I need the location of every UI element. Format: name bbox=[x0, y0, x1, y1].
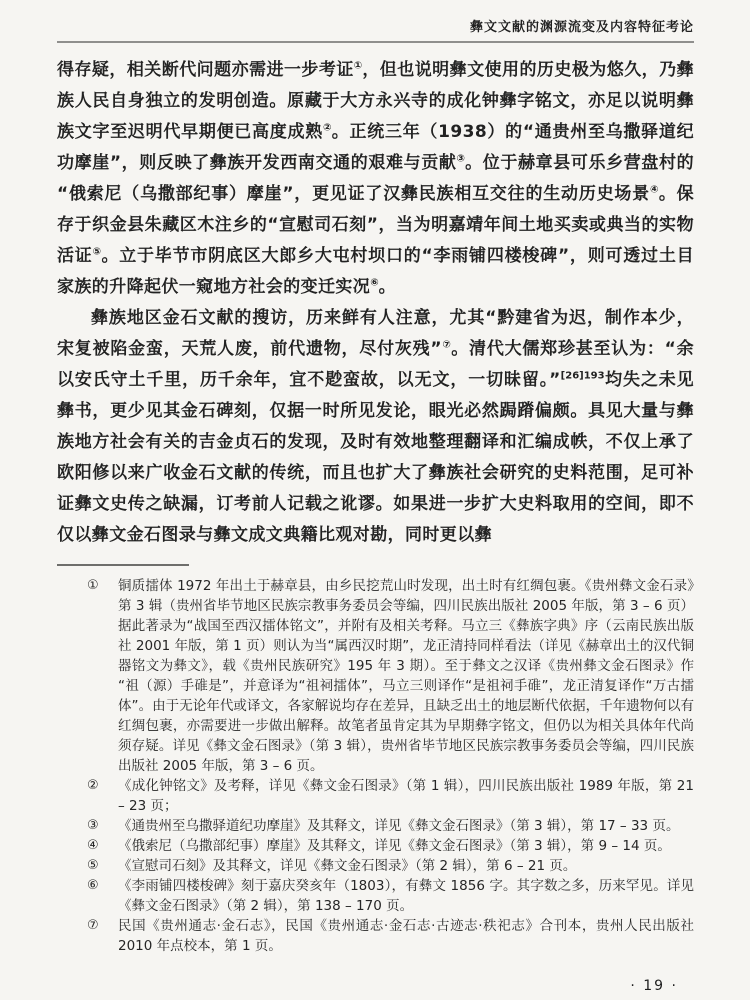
footnote-reference: ⑦ bbox=[442, 339, 451, 350]
footnote-block: ① 铜质擂体 1972 年出土于赫章县，由乡民挖荒山时发现，出土时有红绸包裹。《… bbox=[57, 576, 694, 956]
footnote-4-text: 《俄索尼（乌撒部纪事）摩崖》及其释文，详见《彝文金石图录》（第 3 辑），第 9… bbox=[118, 836, 694, 856]
footnote-1: ① 铜质擂体 1972 年出土于赫章县，由乡民挖荒山时发现，出土时有红绸包裹。《… bbox=[87, 576, 694, 776]
footnote-2: ② 《成化钟铭文》及考释，详见《彝文金石图录》（第 1 辑），四川民族出版社 1… bbox=[87, 776, 694, 816]
footnote-7-text: 民国《贵州通志·金石志》，民国《贵州通志·金石志·古迹志·秩祀志》合刊本，贵州人… bbox=[118, 916, 694, 956]
scanned-book-page: 彝文文献的渊源流变及内容特征考论 得存疑，相关断代问题亦需进一步考证①，但也说明… bbox=[0, 0, 750, 1000]
footnote-reference: [26]193 bbox=[561, 370, 605, 381]
page-number: · 19 · bbox=[630, 978, 678, 994]
footnote-1-text: 铜质擂体 1972 年出土于赫章县，由乡民挖荒山时发现，出土时有红绸包裹。《贵州… bbox=[118, 576, 694, 776]
footnote-2-marker: ② bbox=[87, 776, 118, 796]
footnote-2-text: 《成化钟铭文》及考释，详见《彝文金石图录》（第 1 辑），四川民族出版社 198… bbox=[118, 776, 694, 816]
body-text: 得存疑，相关断代问题亦需进一步考证①，但也说明彝文使用的历史极为悠久，乃彝族人民… bbox=[57, 55, 694, 551]
footnote-5: ⑤ 《宣慰司石刻》及其释文，详见《彝文金石图录》（第 2 辑），第 6 – 21… bbox=[87, 856, 694, 876]
footnote-reference: ⑥ bbox=[370, 277, 378, 288]
footnote-5-text: 《宣慰司石刻》及其释文，详见《彝文金石图录》（第 2 辑），第 6 – 21 页… bbox=[118, 856, 694, 876]
footnote-reference: ⑤ bbox=[93, 246, 102, 257]
footnote-1-marker: ① bbox=[87, 576, 118, 596]
running-head-title: 彝文文献的渊源流变及内容特征考论 bbox=[57, 20, 694, 36]
footnote-6: ⑥ 《李雨铺四楼梭碑》刻于嘉庆癸亥年（1803），有彝文 1856 字。其字数之… bbox=[87, 876, 694, 916]
footnote-3-text: 《通贵州至乌撒驿道纪功摩崖》及其释文，详见《彝文金石图录》（第 3 辑），第 1… bbox=[118, 816, 694, 836]
footnote-reference: ③ bbox=[456, 153, 465, 164]
footnote-divider bbox=[57, 564, 189, 566]
footnote-4: ④ 《俄索尼（乌撒部纪事）摩崖》及其释文，详见《彝文金石图录》（第 3 辑），第… bbox=[87, 836, 694, 856]
paragraph-1: 得存疑，相关断代问题亦需进一步考证①，但也说明彝文使用的历史极为悠久，乃彝族人民… bbox=[57, 55, 694, 303]
footnote-reference: ④ bbox=[650, 184, 659, 195]
footnote-3: ③ 《通贵州至乌撒驿道纪功摩崖》及其释文，详见《彝文金石图录》（第 3 辑），第… bbox=[87, 816, 694, 836]
footnote-6-text: 《李雨铺四楼梭碑》刻于嘉庆癸亥年（1803），有彝文 1856 字。其字数之多，… bbox=[118, 876, 694, 916]
footnote-7-marker: ⑦ bbox=[87, 916, 118, 936]
footnote-7: ⑦ 民国《贵州通志·金石志》，民国《贵州通志·金石志·古迹志·秩祀志》合刊本，贵… bbox=[87, 916, 694, 956]
paragraph-2: 彝族地区金石文献的搜访，历来鲜有人注意，尤其“黔建省为迟，制作本少，宋复被陷金蛮… bbox=[57, 303, 694, 551]
footnote-reference: ① bbox=[354, 60, 363, 71]
header-divider bbox=[57, 41, 694, 43]
footnote-6-marker: ⑥ bbox=[87, 876, 118, 896]
footnote-3-marker: ③ bbox=[87, 816, 118, 836]
footnote-reference: ② bbox=[323, 122, 332, 133]
footnote-4-marker: ④ bbox=[87, 836, 118, 856]
footnote-5-marker: ⑤ bbox=[87, 856, 118, 876]
